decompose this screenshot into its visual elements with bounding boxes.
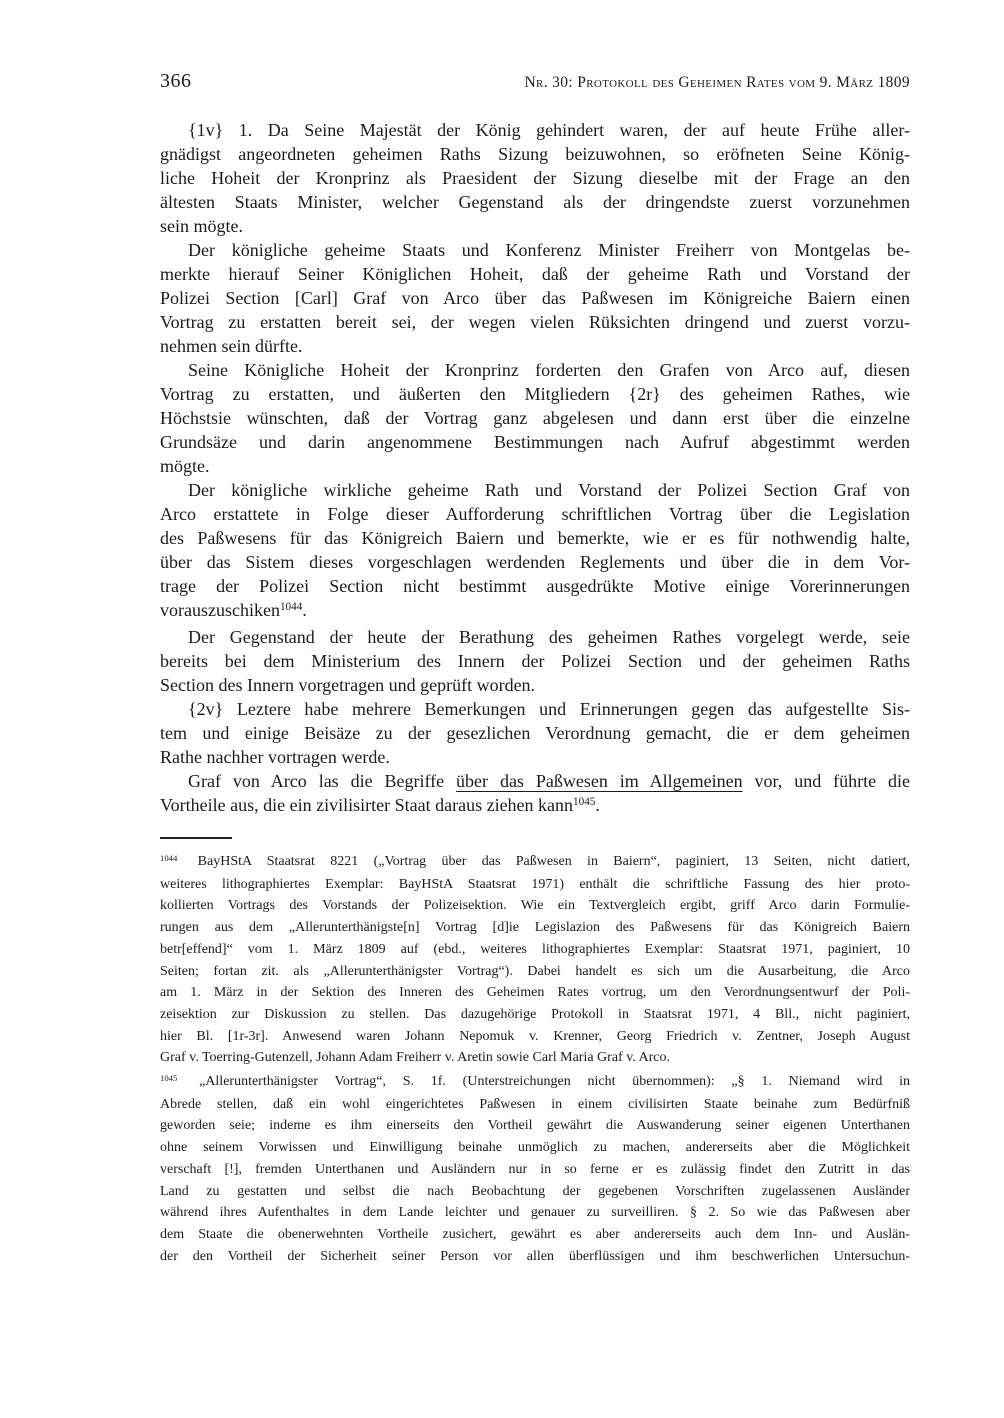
line-segment: BayHStA Staatsrat 8221 („Vortrag über da…: [182, 854, 910, 869]
line-segment: Polizei Section [Carl] Graf von Arco übe…: [160, 288, 910, 308]
line-segment: ohne seinem Vorwissen und Einwilligung b…: [160, 1140, 910, 1155]
text-line: Seiten; fortan zit. als „Allerunterthäni…: [160, 961, 910, 983]
line-segment: Arco erstattete in Folge dieser Aufforde…: [160, 504, 910, 524]
text-line: verschaft [!], fremden Unterthanen und A…: [160, 1159, 910, 1181]
paragraph: Seine Königliche Hoheit der Kronprinz fo…: [160, 358, 910, 478]
text-line: Der königliche wirkliche geheime Rath un…: [160, 478, 910, 502]
line-segment: des Paßwesens für das Königreich Baiern …: [160, 528, 910, 548]
line-segment: {2v} Leztere habe mehrere Bemerkungen un…: [188, 699, 910, 719]
text-line: am 1. März in der Sektion des Inneren de…: [160, 982, 910, 1004]
line-segment: Section des Innern vorgetragen und geprü…: [160, 675, 535, 695]
line-segment: geworden seie; indeme es ihm einerseits …: [160, 1118, 910, 1133]
text-line: betr[effend]“ vom 1. März 1809 auf (ebd.…: [160, 939, 910, 961]
footnote-separator: [160, 837, 232, 839]
line-segment: Der königliche wirkliche geheime Rath un…: [188, 480, 910, 500]
line-segment: gnädigst angeordneten geheimen Raths Siz…: [160, 144, 910, 164]
text-line: 1045 „Allerunterthänigster Vortrag“, S. …: [160, 1071, 910, 1094]
text-line: vorauszuschiken1044.: [160, 598, 910, 625]
text-line: über das Sistem dieses vorgeschlagen wer…: [160, 550, 910, 574]
line-segment: dem Staate die obenerwehnten Vortheile z…: [160, 1227, 910, 1242]
footnote-marker: 1045: [160, 1073, 177, 1083]
line-segment: ältesten Staats Minister, welcher Gegens…: [160, 192, 910, 212]
text-line: sein mögte.: [160, 214, 910, 238]
text-line: merkte hierauf Seiner Königlichen Hoheit…: [160, 262, 910, 286]
line-segment: Graf von Arco las die Begriffe: [188, 771, 456, 791]
text-line: während ihres Aufenthaltes in dem Lande …: [160, 1202, 910, 1224]
text-line: liche Hoheit der Kronprinz als Praesiden…: [160, 166, 910, 190]
text-line: nehmen sein dürfte.: [160, 334, 910, 358]
text-line: Abrede stellen, daß ein wohl eingerichte…: [160, 1094, 910, 1116]
line-segment: Höchstsie wünschten, daß der Vortrag gan…: [160, 408, 910, 428]
footnote-reference: 1045: [573, 796, 595, 808]
line-segment: zeisektion zur Diskussion zu stellen. Da…: [160, 1007, 910, 1022]
text-line: des Paßwesens für das Königreich Baiern …: [160, 526, 910, 550]
text-line: der den Vortheil der Sicherheit seiner P…: [160, 1246, 910, 1268]
footnote-reference: 1044: [280, 601, 302, 613]
text-line: Der Gegenstand der heute der Berathung d…: [160, 625, 910, 649]
line-segment: Seine Königliche Hoheit der Kronprinz fo…: [188, 360, 910, 380]
text-line: tem und einige Beisäze zu der gesezliche…: [160, 721, 910, 745]
text-line: Vortrag zu erstatten bereit sei, der weg…: [160, 310, 910, 334]
text-line: Section des Innern vorgetragen und geprü…: [160, 673, 910, 697]
paragraph: {1v} 1. Da Seine Majestät der König gehi…: [160, 118, 910, 238]
text-line: Rathe nachher vortragen werde.: [160, 745, 910, 769]
book-page: 366 Nr. 30: Protokoll des Geheimen Rates…: [0, 0, 1004, 1418]
line-segment: liche Hoheit der Kronprinz als Praesiden…: [160, 168, 910, 188]
body-text: {1v} 1. Da Seine Majestät der König gehi…: [160, 118, 910, 820]
text-line: kollierten Vortrags des Vorstands der Po…: [160, 895, 910, 917]
line-segment: der den Vortheil der Sicherheit seiner P…: [160, 1249, 910, 1264]
text-line: Graf von Arco las die Begriffe über das …: [160, 769, 910, 793]
line-segment: Graf v. Toerring-Gutenzell, Johann Adam …: [160, 1050, 670, 1065]
line-segment: vor, und führte die: [743, 771, 910, 791]
line-segment: .: [595, 795, 600, 815]
line-segment: trage der Polizei Section nicht bestimmt…: [160, 576, 910, 596]
page-content: 366 Nr. 30: Protokoll des Geheimen Rates…: [160, 70, 910, 1267]
footnote-marker: 1044: [160, 853, 177, 863]
line-segment: tem und einige Beisäze zu der gesezliche…: [160, 723, 910, 743]
text-line: ohne seinem Vorwissen und Einwilligung b…: [160, 1137, 910, 1159]
line-segment: {1v} 1. Da Seine Majestät der König gehi…: [188, 120, 910, 140]
text-line: zeisektion zur Diskussion zu stellen. Da…: [160, 1004, 910, 1026]
line-segment: kollierten Vortrags des Vorstands der Po…: [160, 898, 910, 913]
text-line: Arco erstattete in Folge dieser Aufforde…: [160, 502, 910, 526]
line-segment: am 1. März in der Sektion des Inneren de…: [160, 985, 910, 1000]
line-segment: Der königliche geheime Staats und Konfer…: [188, 240, 910, 260]
text-line: Grundsäze und darin angenommene Bestimmu…: [160, 430, 910, 454]
underlined-phrase: über das Paßwesen im Allgemeinen: [456, 771, 743, 791]
line-segment: verschaft [!], fremden Unterthanen und A…: [160, 1162, 910, 1177]
text-line: Vortrag zu erstatten, und äußerten den M…: [160, 382, 910, 406]
page-header: 366 Nr. 30: Protokoll des Geheimen Rates…: [160, 70, 910, 94]
footnote: 1045 „Allerunterthänigster Vortrag“, S. …: [160, 1071, 910, 1267]
text-line: Graf v. Toerring-Gutenzell, Johann Adam …: [160, 1047, 910, 1069]
line-segment: Vortheile aus, die ein zivilisirter Staa…: [160, 795, 573, 815]
line-segment: Vortrag zu erstatten bereit sei, der weg…: [160, 312, 910, 332]
paragraph: Der Gegenstand der heute der Berathung d…: [160, 625, 910, 697]
text-line: Land zu gestatten und selbst die nach Be…: [160, 1181, 910, 1203]
text-line: 1044 BayHStA Staatsrat 8221 („Vortrag üb…: [160, 851, 910, 874]
line-segment: Grundsäze und darin angenommene Bestimmu…: [160, 432, 910, 452]
text-line: bereits bei dem Ministerium des Innern d…: [160, 649, 910, 673]
line-segment: während ihres Aufenthaltes in dem Lande …: [160, 1205, 910, 1220]
line-segment: mögte.: [160, 456, 210, 476]
line-segment: hier Bl. [1r-3r]. Anwesend waren Johann …: [160, 1029, 910, 1044]
line-segment: Der Gegenstand der heute der Berathung d…: [188, 627, 910, 647]
text-line: dem Staate die obenerwehnten Vortheile z…: [160, 1224, 910, 1246]
line-segment: Abrede stellen, daß ein wohl eingerichte…: [160, 1097, 910, 1112]
text-line: gnädigst angeordneten geheimen Raths Siz…: [160, 142, 910, 166]
line-segment: nehmen sein dürfte.: [160, 336, 302, 356]
line-segment: Seiten; fortan zit. als „Allerunterthäni…: [160, 964, 910, 979]
text-line: geworden seie; indeme es ihm einerseits …: [160, 1115, 910, 1137]
text-line: {2v} Leztere habe mehrere Bemerkungen un…: [160, 697, 910, 721]
text-line: {1v} 1. Da Seine Majestät der König gehi…: [160, 118, 910, 142]
line-segment: betr[effend]“ vom 1. März 1809 auf (ebd.…: [160, 942, 910, 957]
line-segment: Land zu gestatten und selbst die nach Be…: [160, 1184, 910, 1199]
text-line: Höchstsie wünschten, daß der Vortrag gan…: [160, 406, 910, 430]
line-segment: Vortrag zu erstatten, und äußerten den M…: [160, 384, 910, 404]
text-line: hier Bl. [1r-3r]. Anwesend waren Johann …: [160, 1026, 910, 1048]
line-segment: über das Sistem dieses vorgeschlagen wer…: [160, 552, 910, 572]
text-line: Der königliche geheime Staats und Konfer…: [160, 238, 910, 262]
paragraph: Der königliche wirkliche geheime Rath un…: [160, 478, 910, 625]
text-line: ältesten Staats Minister, welcher Gegens…: [160, 190, 910, 214]
text-line: Vortheile aus, die ein zivilisirter Staa…: [160, 793, 910, 820]
line-segment: „Allerunterthänigster Vortrag“, S. 1f. (…: [182, 1074, 910, 1089]
footnote: 1044 BayHStA Staatsrat 8221 („Vortrag üb…: [160, 851, 910, 1069]
text-line: Polizei Section [Carl] Graf von Arco übe…: [160, 286, 910, 310]
line-segment: vorauszuschiken: [160, 600, 280, 620]
paragraph: {2v} Leztere habe mehrere Bemerkungen un…: [160, 697, 910, 769]
line-segment: bereits bei dem Ministerium des Innern d…: [160, 651, 910, 671]
line-segment: weiteres lithographiertes Exemplar: BayH…: [160, 877, 910, 892]
running-head: Nr. 30: Protokoll des Geheimen Rates vom…: [525, 74, 911, 92]
line-segment: merkte hierauf Seiner Königlichen Hoheit…: [160, 264, 910, 284]
text-line: weiteres lithographiertes Exemplar: BayH…: [160, 874, 910, 896]
paragraph: Der königliche geheime Staats und Konfer…: [160, 238, 910, 358]
text-line: rungen aus dem „Allerunterthänigste[n] V…: [160, 917, 910, 939]
text-line: trage der Polizei Section nicht bestimmt…: [160, 574, 910, 598]
page-number: 366: [160, 70, 192, 93]
text-line: mögte.: [160, 454, 910, 478]
line-segment: rungen aus dem „Allerunterthänigste[n] V…: [160, 920, 910, 935]
footnotes: 1044 BayHStA Staatsrat 8221 („Vortrag üb…: [160, 851, 910, 1267]
line-segment: Rathe nachher vortragen werde.: [160, 747, 390, 767]
paragraph: Graf von Arco las die Begriffe über das …: [160, 769, 910, 820]
text-line: Seine Königliche Hoheit der Kronprinz fo…: [160, 358, 910, 382]
line-segment: .: [302, 600, 307, 620]
line-segment: sein mögte.: [160, 216, 243, 236]
